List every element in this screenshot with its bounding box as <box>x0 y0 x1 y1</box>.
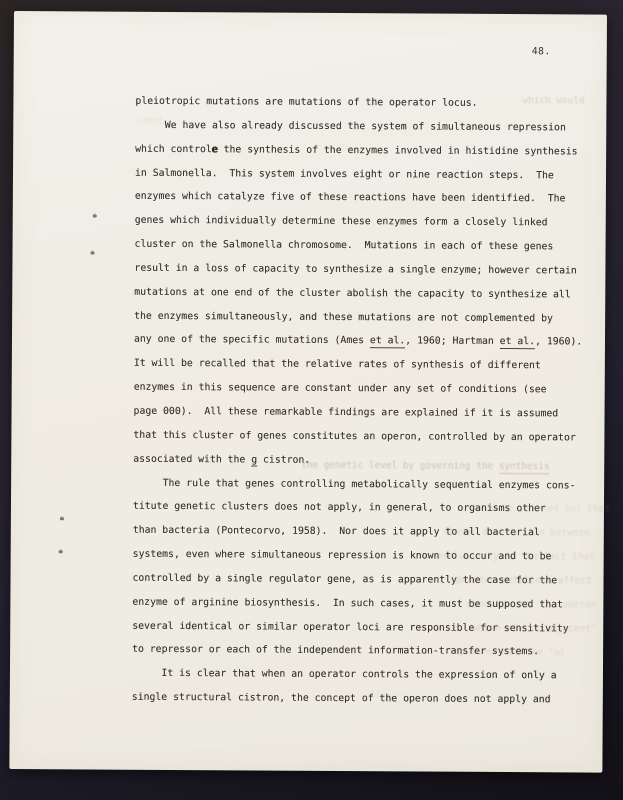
text-segment: controlled by a single regulator gene, a… <box>133 573 558 587</box>
text-line: mutations at one end of the cluster abol… <box>134 280 599 307</box>
text-segment: to repressor or each of the independent … <box>132 644 539 657</box>
text-segment: cluster on the Salmonella chromosome. Mu… <box>135 239 554 253</box>
text-line: several identical or similar operator lo… <box>132 614 597 641</box>
text-line: the enzymes simultaneously, and these mu… <box>134 304 599 331</box>
text-line: systems, even where simultaneous repress… <box>133 543 598 570</box>
text-line: associated with the g cistron. <box>133 447 598 474</box>
text-segment: page 000). All these remarkable findings… <box>134 406 559 420</box>
underlined-text: et al. <box>370 336 405 349</box>
margin-mark <box>91 251 95 254</box>
text-line: titute genetic clusters does not apply, … <box>133 495 598 522</box>
margin-mark <box>93 214 97 217</box>
text-line: single structural cistron, the concept o… <box>132 686 597 713</box>
text-segment: single structural cistron, the concept o… <box>132 692 551 706</box>
text-segment: which control <box>135 143 212 154</box>
text-line: cluster on the Salmonella chromosome. Mu… <box>135 233 600 260</box>
text-line: controlled by a single regulator gene, a… <box>132 567 597 594</box>
text-line: It is clear that when an operator contro… <box>132 662 597 689</box>
margin-mark <box>60 517 64 520</box>
text-line: result in a loss of capacity to synthesi… <box>134 257 599 284</box>
text-segment: We have also already discussed the syste… <box>135 120 566 134</box>
text-line: genes which individually determine these… <box>135 209 600 236</box>
text-line: enzyme of arginine biosynthesis. In such… <box>132 590 597 617</box>
text-segment: several identical or similar operator lo… <box>132 620 569 634</box>
text-segment: titute genetic clusters does not apply, … <box>133 501 546 515</box>
text-line: which controle the synthesis of the enzy… <box>135 137 600 164</box>
text-segment: systems, even where simultaneous repress… <box>133 549 552 563</box>
text-segment: , 1960). <box>535 337 582 348</box>
text-line: than bacteria (Pontecorvo, 1958). Nor do… <box>133 519 598 546</box>
text-segment: any one of the specific mutations (Ames <box>134 334 370 346</box>
text-segment: associated with the <box>133 453 251 465</box>
text-segment: enzymes in this sequence are constant un… <box>134 382 547 396</box>
text-segment: It is clear that when an operator contro… <box>132 668 557 682</box>
text-line: The rule that genes controlling metaboli… <box>133 471 598 498</box>
text-line: enzymes in this sequence are constant un… <box>134 376 599 403</box>
text-segment: genes which individually determine these… <box>135 215 548 229</box>
page-number: 48. <box>532 46 551 57</box>
text-segment: cistron. <box>257 454 310 465</box>
text-segment: The rule that genes controlling metaboli… <box>133 477 575 491</box>
text-line: any one of the specific mutations (Ames … <box>134 328 599 355</box>
text-line: page 000). All these remarkable findings… <box>133 400 598 427</box>
text-line: pleiotropic mutations are mutations of t… <box>135 90 600 117</box>
typewritten-text: pleiotropic mutations are mutations of t… <box>132 90 601 713</box>
text-segment: It will be recalled that the relative ra… <box>134 358 541 371</box>
text-line: enzymes which catalyze five of these rea… <box>135 185 600 212</box>
text-line: It will be recalled that the relative ra… <box>134 352 599 379</box>
text-segment: mutations at one end of the cluster abol… <box>134 286 571 300</box>
text-segment: than bacteria (Pontecorvo, 1958). Nor do… <box>133 525 540 538</box>
text-segment: enzymes which catalyze five of these rea… <box>135 191 566 205</box>
text-segment: result in a loss of capacity to synthesi… <box>134 263 576 277</box>
underlined-text: et al. <box>500 336 535 349</box>
text-line: to repressor or each of the independent … <box>132 638 597 665</box>
text-segment: pleiotropic mutations are mutations of t… <box>135 96 477 109</box>
margin-mark <box>59 550 63 553</box>
text-segment: in Salmonella. This system involves eigh… <box>135 167 554 181</box>
scan-background: { "page": { "number": "48.", "paper_colo… <box>0 0 623 800</box>
text-line: We have also already discussed the syste… <box>135 114 600 141</box>
text-segment: enzyme of arginine biosynthesis. In such… <box>132 596 563 610</box>
text-segment: , 1960; Hartman <box>405 336 499 348</box>
text-segment: the enzymes simultaneously, and these mu… <box>134 310 553 324</box>
document-page: 48. pleiotropic mutations are mutations … <box>9 11 607 773</box>
text-segment: the synthesis of the enzymes involved in… <box>218 144 578 157</box>
text-line: that this cluster of genes constitutes a… <box>133 424 598 451</box>
text-line: in Salmonella. This system involves eigh… <box>135 161 600 188</box>
text-segment: that this cluster of genes constitutes a… <box>133 430 575 444</box>
